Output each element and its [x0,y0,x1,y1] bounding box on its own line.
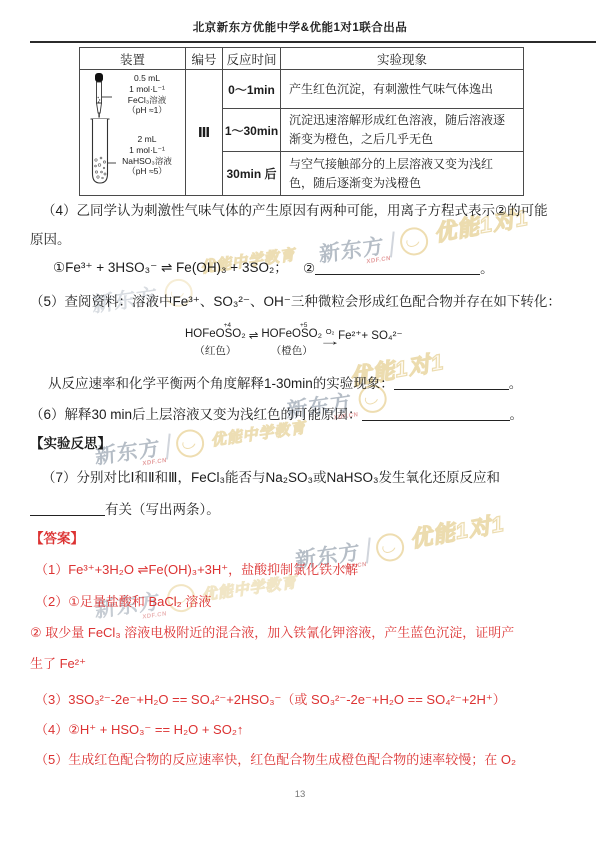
question-6-line: （6）解释30 min后上层溶液又变为浅红色的可能原因：。 [30,406,523,424]
dropper-taper [97,103,102,113]
answer-2b-line1: ② 取少量 FeCl₃ 溶液电极附近的混合液，加入铁氰化钾溶液，产生蓝色沉淀，证… [30,625,514,641]
col-header-time: 反应时间 [223,48,281,70]
oxidation-number: +4 [224,322,231,329]
question-4-line2: 原因。 [30,232,71,249]
header-rule [30,41,596,43]
watermark-school-text: 优能中学教育 [210,420,307,448]
question-5-explain-line: 从反应速率和化学平衡两个角度解释1-30min的实验现象：。 [48,375,522,393]
label-volume: 2 mL [112,134,182,145]
question-7-line1: （7）分别对比Ⅰ和Ⅱ和Ⅲ，FeCl₃能否与Na₂SO₃或NaHSO₃发生氧化还原… [42,470,500,487]
formula-part: S [225,328,233,340]
exam-page: 优能中学教育 新东方XDF.CN 优能1对1 新东方 优能1对1 新东方XDF.… [0,0,600,848]
fullstop: 。 [510,407,524,422]
answer-2b-line2: 生了 Fe²⁺ [30,656,86,672]
answer-2: （2）①足量盐酸和 BaCl₂ 溶液 [35,594,211,610]
time-cell: 0～1min [223,70,281,109]
equilibrium-arrow: ⇌ [246,328,262,342]
phenomenon-cell: 产生红色沉淀，有刺激性气味气体逸出 [281,70,524,109]
col-header-number: 编号 [186,48,223,70]
label-ph: （pH ≈1） [112,105,182,116]
phenomenon-cell: 沉淀迅速溶解形成红色溶液，随后溶液逐渐变为橙色，之后几乎无色 [281,109,524,152]
formula-part: HOFeO [185,328,225,340]
question-7-line2: 有关（写出两条）。 [30,501,220,519]
question-4-line1: （4）乙同学认为刺激性气味气体的产生原因有两种可能，用离子方程式表示②的可能 [42,203,548,220]
time-cell: 1～30min [223,109,281,152]
table-row: 0.5 mL 1 mol·L⁻¹ FeCl₃溶液 （pH ≈1） 2 mL 1 … [80,70,524,109]
answer-4: （4）②H⁺ + HSO₃⁻ == H₂O + SO₂↑ [35,722,243,738]
section-answer-header: 【答案】 [30,531,84,548]
label-solution: NaHSO₃溶液 [112,156,182,167]
right-arrow-icon: → [319,335,342,347]
fullstop: 。 [509,376,523,391]
complex-conversion-equation: HOFeO+4SO₂ （红色） ⇌ HOFeO+5SO₂ （橙色） O₂ → F… [185,328,403,358]
oxidation-number: +5 [300,322,307,329]
apparatus-cell: 0.5 mL 1 mol·L⁻¹ FeCl₃溶液 （pH ≈1） 2 mL 1 … [80,70,186,196]
youneng-badge-icon [398,226,430,258]
formula-part: S [301,328,309,340]
answer-blank [315,260,480,275]
section-reflect-header: 【实验反思】 [30,436,111,453]
watermark-school-text: 优能中学教育 [201,574,298,602]
fullstop: 。 [480,261,494,276]
watermark-divider [390,231,395,257]
col-header-apparatus: 装置 [80,48,186,70]
orange-complex-color-label: （橙色） [271,343,313,358]
page-title: 北京新东方优能中学&优能1对1联合出品 [0,19,600,35]
answer-blank [30,501,105,516]
product-formula: Fe²⁺+ SO₄²⁻ [338,328,402,342]
reagent-label-fecl3: 0.5 mL 1 mol·L⁻¹ FeCl₃溶液 （pH ≈1） [112,73,182,116]
watermark-divider [366,537,371,563]
answer-3: （3）3SO₃²⁻-2e⁻+H₂O == SO₄²⁻+2HSO₃⁻（或 SO₃²… [35,692,506,708]
label-solution: FeCl₃溶液 [112,95,182,106]
orange-complex-stack: HOFeO+5SO₂ （橙色） [261,328,322,358]
o2-arrow: O₂ → [324,328,336,347]
answer-1: （1）Fe³⁺+3H₂O ⇌Fe(OH)₃+3H⁺，盐酸抑制氯化铁水解 [35,562,358,578]
table-header-row: 装置 编号 反应时间 实验现象 [80,48,524,70]
question-5-explain-text: 从反应速率和化学平衡两个角度解释1-30min的实验现象： [48,376,394,391]
label-ph: （pH ≈5） [112,166,182,177]
youneng-badge-icon [374,532,406,564]
answer-blank [394,375,509,390]
question-7-suffix: 有关（写出两条）。 [105,502,220,517]
formula-part: O₂ [232,328,245,340]
experiment-table: 装置 编号 反应时间 实验现象 [79,47,524,196]
col-header-phenomenon: 实验现象 [281,48,524,70]
equation-1: ①Fe³⁺ + 3HSO₃⁻ ⇌ Fe(OH)₃ + 3SO₂； [53,260,288,275]
experiment-number: Ⅲ [186,70,223,196]
phenomenon-cell: 与空气接触部分的上层溶液又变为浅红色，随后逐渐变为浅橙色 [281,152,524,196]
circled-2-label: ② [303,261,315,276]
time-cell: 30min 后 [223,152,281,196]
dropper-bulb [95,73,103,82]
label-concentration: 1 mol·L⁻¹ [112,84,182,95]
red-complex-stack: HOFeO+4SO₂ （红色） [185,328,246,358]
page-number: 13 [0,789,600,800]
orange-complex-formula: HOFeO+5SO₂ [261,328,322,340]
question-6-text: （6）解释30 min后上层溶液又变为浅红色的可能原因： [30,407,362,422]
formula-part: HOFeO [261,328,301,340]
watermark-product-text: 优能1对1 [408,513,506,551]
reagent-label-nahso3: 2 mL 1 mol·L⁻¹ NaHSO₃溶液 （pH ≈5） [112,134,182,177]
youneng-badge-icon [174,428,206,460]
red-complex-color-label: （红色） [194,343,236,358]
answer-blank [362,406,510,421]
question-5-text: （5）查阅资料：溶液中Fe³⁺、SO₃²⁻、OH⁻三种微粒会形成红色配合物并存在… [30,294,561,311]
answer-5: （5）生成红色配合物的反应速率快，红色配合物生成橙色配合物的速率较慢；在 O₂ [35,752,516,768]
red-complex-formula: HOFeO+4SO₂ [185,328,246,340]
equation-2-blank-group: ②。 [303,260,494,278]
watermark-divider [166,433,171,459]
label-volume: 0.5 mL [112,73,182,84]
question-4-equation-line: ①Fe³⁺ + 3HSO₃⁻ ⇌ Fe(OH)₃ + 3SO₂； ②。 [53,260,600,277]
label-concentration: 1 mol·L⁻¹ [112,145,182,156]
